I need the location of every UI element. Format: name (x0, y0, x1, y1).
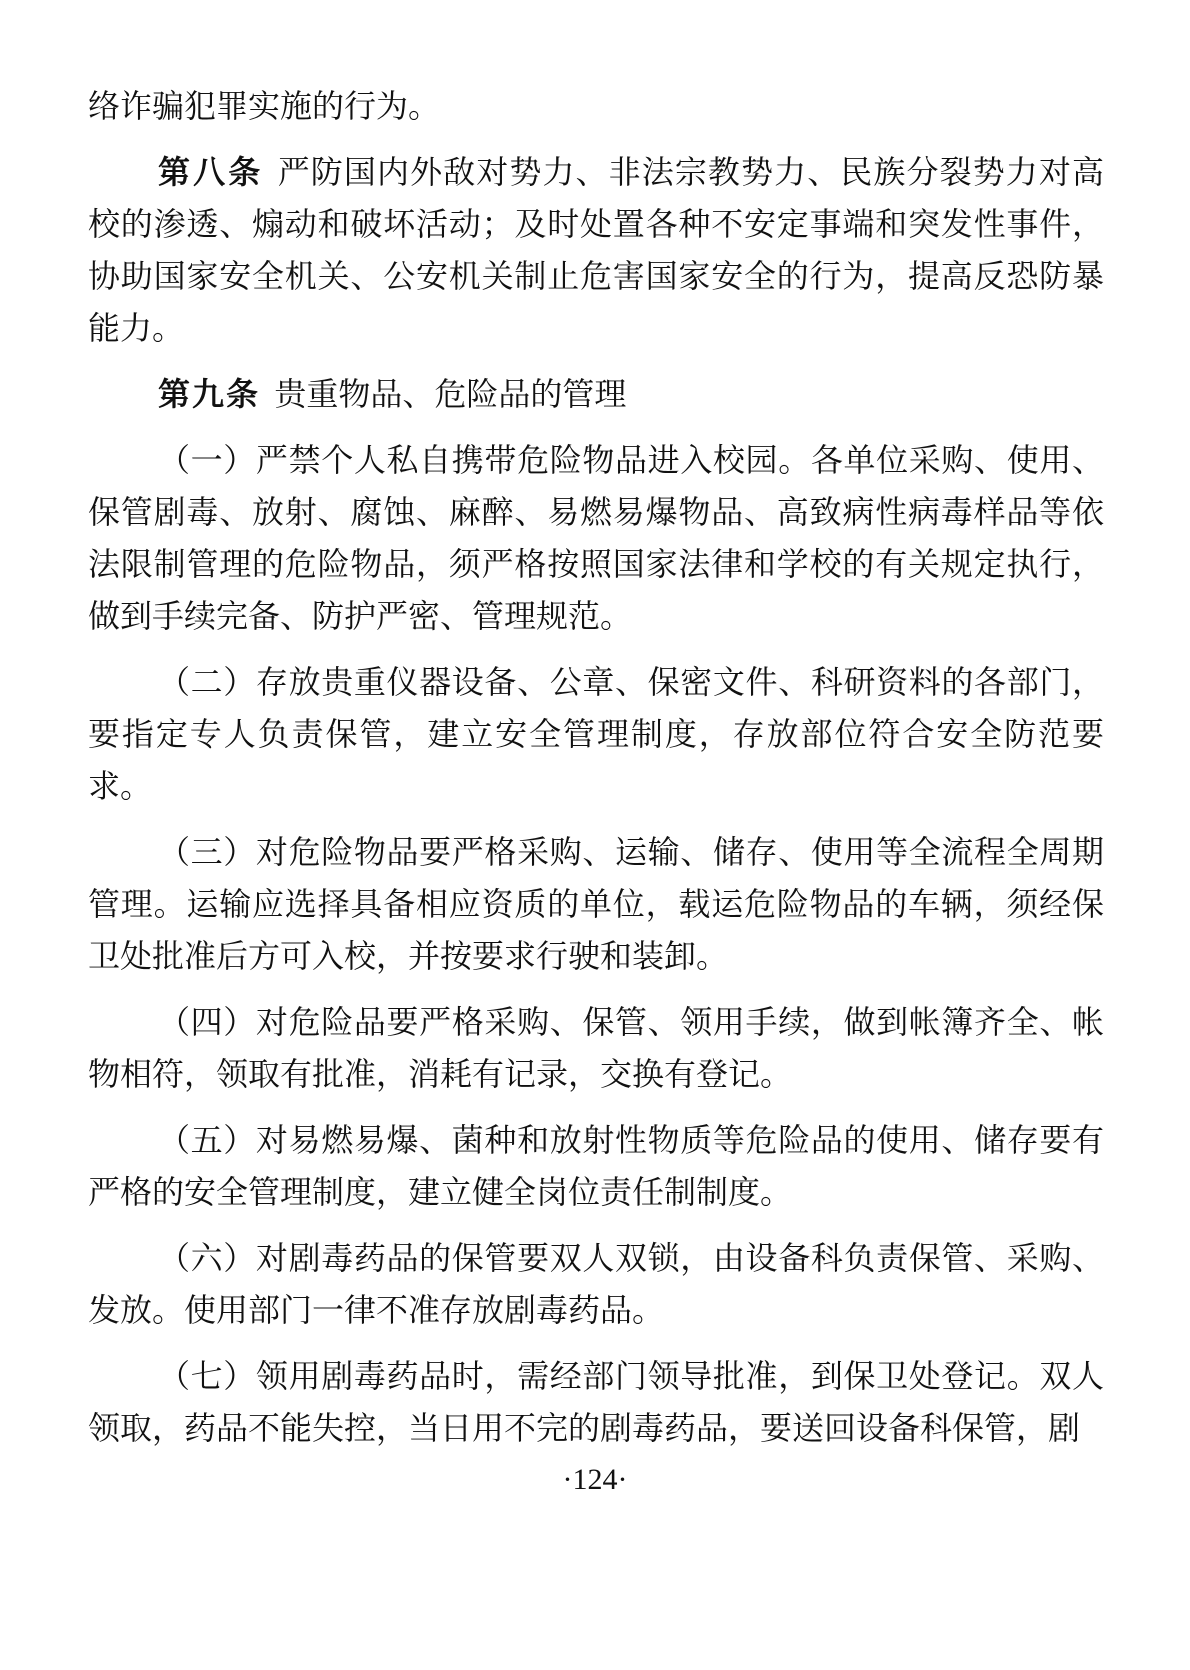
paragraph: （二）存放贵重仪器设备、公章、保密文件、科研资料的各部门，要指定专人负责保管，建… (88, 656, 1104, 812)
paragraph-text: （二）存放贵重仪器设备、公章、保密文件、科研资料的各部门，要指定专人负责保管，建… (88, 664, 1104, 804)
paragraph: 第八条严防国内外敌对势力、非法宗教势力、民族分裂势力对高校的渗透、煽动和破坏活动… (88, 146, 1104, 354)
article-number-label: 第八条 (158, 154, 263, 190)
paragraph: 第九条贵重物品、危险品的管理 (88, 368, 1104, 420)
paragraph: （三）对危险物品要严格采购、运输、储存、使用等全流程全周期管理。运输应选择具备相… (88, 826, 1104, 982)
page-number: ·124· (563, 1463, 628, 1496)
paragraph-text: 贵重物品、危险品的管理 (274, 376, 626, 412)
paragraph: （四）对危险品要严格采购、保管、领用手续，做到帐簿齐全、帐物相符，领取有批准，消… (88, 996, 1104, 1100)
document-page: 络诈骗犯罪实施的行为。 第八条严防国内外敌对势力、非法宗教势力、民族分裂势力对高… (0, 0, 1190, 1670)
article-number-label: 第九条 (158, 376, 260, 412)
page-footer: ·124· (0, 1460, 1190, 1500)
paragraph-text: （一）严禁个人私自携带危险物品进入校园。各单位采购、使用、保管剧毒、放射、腐蚀、… (88, 442, 1104, 634)
paragraph-text: （四）对危险品要严格采购、保管、领用手续，做到帐簿齐全、帐物相符，领取有批准，消… (88, 1004, 1104, 1092)
paragraph-text: （五）对易燃易爆、菌种和放射性物质等危险品的使用、储存要有严格的安全管理制度，建… (88, 1122, 1104, 1210)
paragraph-text: （七）领用剧毒药品时，需经部门领导批准，到保卫处登记。双人领取，药品不能失控，当… (88, 1358, 1104, 1446)
paragraph: （五）对易燃易爆、菌种和放射性物质等危险品的使用、储存要有严格的安全管理制度，建… (88, 1114, 1104, 1218)
document-body: 络诈骗犯罪实施的行为。 第八条严防国内外敌对势力、非法宗教势力、民族分裂势力对高… (88, 80, 1104, 1468)
paragraph: （六）对剧毒药品的保管要双人双锁，由设备科负责保管、采购、发放。使用部门一律不准… (88, 1232, 1104, 1336)
paragraph: （七）领用剧毒药品时，需经部门领导批准，到保卫处登记。双人领取，药品不能失控，当… (88, 1350, 1104, 1454)
paragraph-text: （三）对危险物品要严格采购、运输、储存、使用等全流程全周期管理。运输应选择具备相… (88, 834, 1104, 974)
paragraph: （一）严禁个人私自携带危险物品进入校园。各单位采购、使用、保管剧毒、放射、腐蚀、… (88, 434, 1104, 642)
paragraph-text: （六）对剧毒药品的保管要双人双锁，由设备科负责保管、采购、发放。使用部门一律不准… (88, 1240, 1104, 1328)
paragraph: 络诈骗犯罪实施的行为。 (88, 80, 1104, 132)
paragraph-text: 络诈骗犯罪实施的行为。 (88, 88, 440, 124)
